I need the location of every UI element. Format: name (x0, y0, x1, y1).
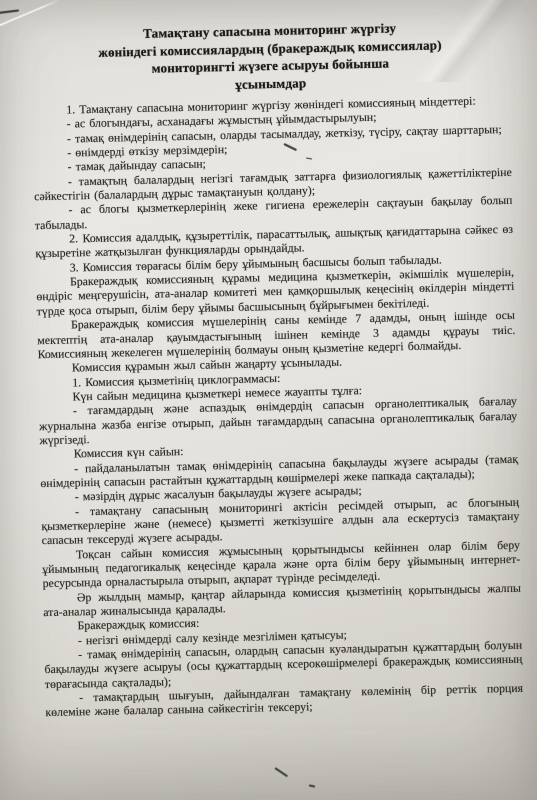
folded-corner-shadow (0, 0, 62, 28)
paper-sheet: Тамақтану сапасына мониторинг жүргізу жө… (0, 0, 537, 800)
document-content: Тамақтану сапасына мониторинг жүргізу жө… (31, 17, 524, 720)
document-title: Тамақтану сапасына мониторинг жүргізу жө… (31, 17, 510, 97)
photo-scene: Тамақтану сапасына мониторинг жүргізу жө… (0, 0, 537, 800)
pen-mark-tiny (309, 784, 315, 787)
pen-mark-small (274, 767, 288, 777)
document-body: 1. Тамақтану сапасына мониторинг жүргізу… (32, 93, 523, 720)
